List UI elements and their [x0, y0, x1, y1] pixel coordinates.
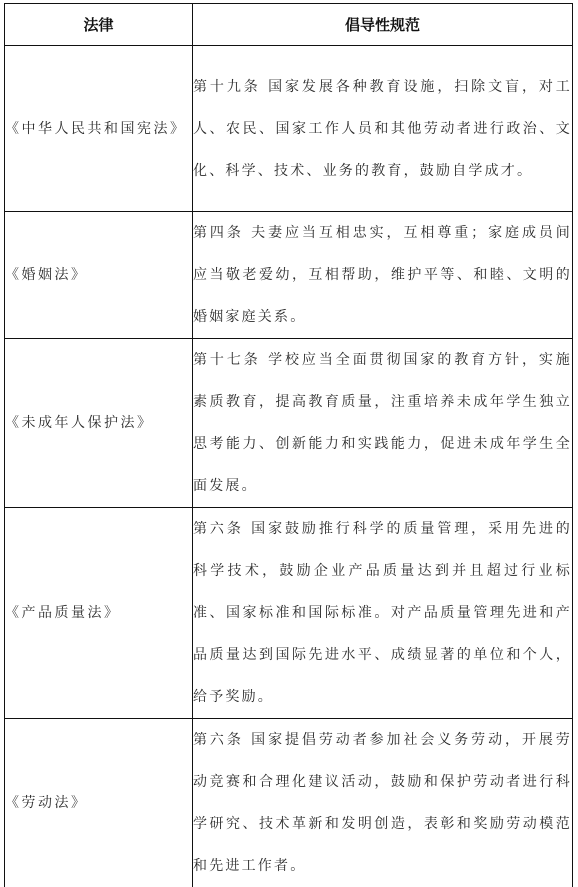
- law-name-cell: 《婚姻法》: [5, 212, 193, 339]
- column-header-norm: 倡导性规范: [193, 4, 573, 46]
- table-row: 《中华人民共和国宪法》 第十九条 国家发展各种教育设施，扫除文盲，对工人、农民、…: [5, 46, 573, 212]
- table-row: 《劳动法》 第六条 国家提倡劳动者参加社会义务劳动，开展劳动竞赛和合理化建议活动…: [5, 719, 573, 887]
- law-name-cell: 《中华人民共和国宪法》: [5, 46, 193, 212]
- document-page: 法律 倡导性规范 《中华人民共和国宪法》 第十九条 国家发展各种教育设施，扫除文…: [4, 3, 572, 887]
- law-name-cell: 《劳动法》: [5, 719, 193, 887]
- law-name-cell: 《未成年人保护法》: [5, 339, 193, 508]
- advocacy-norms-table: 法律 倡导性规范 《中华人民共和国宪法》 第十九条 国家发展各种教育设施，扫除文…: [4, 3, 573, 887]
- table-header-row: 法律 倡导性规范: [5, 4, 573, 46]
- norm-text-cell: 第六条 国家提倡劳动者参加社会义务劳动，开展劳动竞赛和合理化建议活动，鼓励和保护…: [193, 719, 573, 887]
- law-name-cell: 《产品质量法》: [5, 508, 193, 719]
- norm-text-cell: 第四条 夫妻应当互相忠实，互相尊重；家庭成员间应当敬老爱幼，互相帮助，维护平等、…: [193, 212, 573, 339]
- norm-text-cell: 第十七条 学校应当全面贯彻国家的教育方针，实施素质教育，提高教育质量，注重培养未…: [193, 339, 573, 508]
- table-row: 《婚姻法》 第四条 夫妻应当互相忠实，互相尊重；家庭成员间应当敬老爱幼，互相帮助…: [5, 212, 573, 339]
- column-header-law: 法律: [5, 4, 193, 46]
- norm-text-cell: 第十九条 国家发展各种教育设施，扫除文盲，对工人、农民、国家工作人员和其他劳动者…: [193, 46, 573, 212]
- table-row: 《未成年人保护法》 第十七条 学校应当全面贯彻国家的教育方针，实施素质教育，提高…: [5, 339, 573, 508]
- table-row: 《产品质量法》 第六条 国家鼓励推行科学的质量管理，采用先进的科学技术，鼓励企业…: [5, 508, 573, 719]
- norm-text-cell: 第六条 国家鼓励推行科学的质量管理，采用先进的科学技术，鼓励企业产品质量达到并且…: [193, 508, 573, 719]
